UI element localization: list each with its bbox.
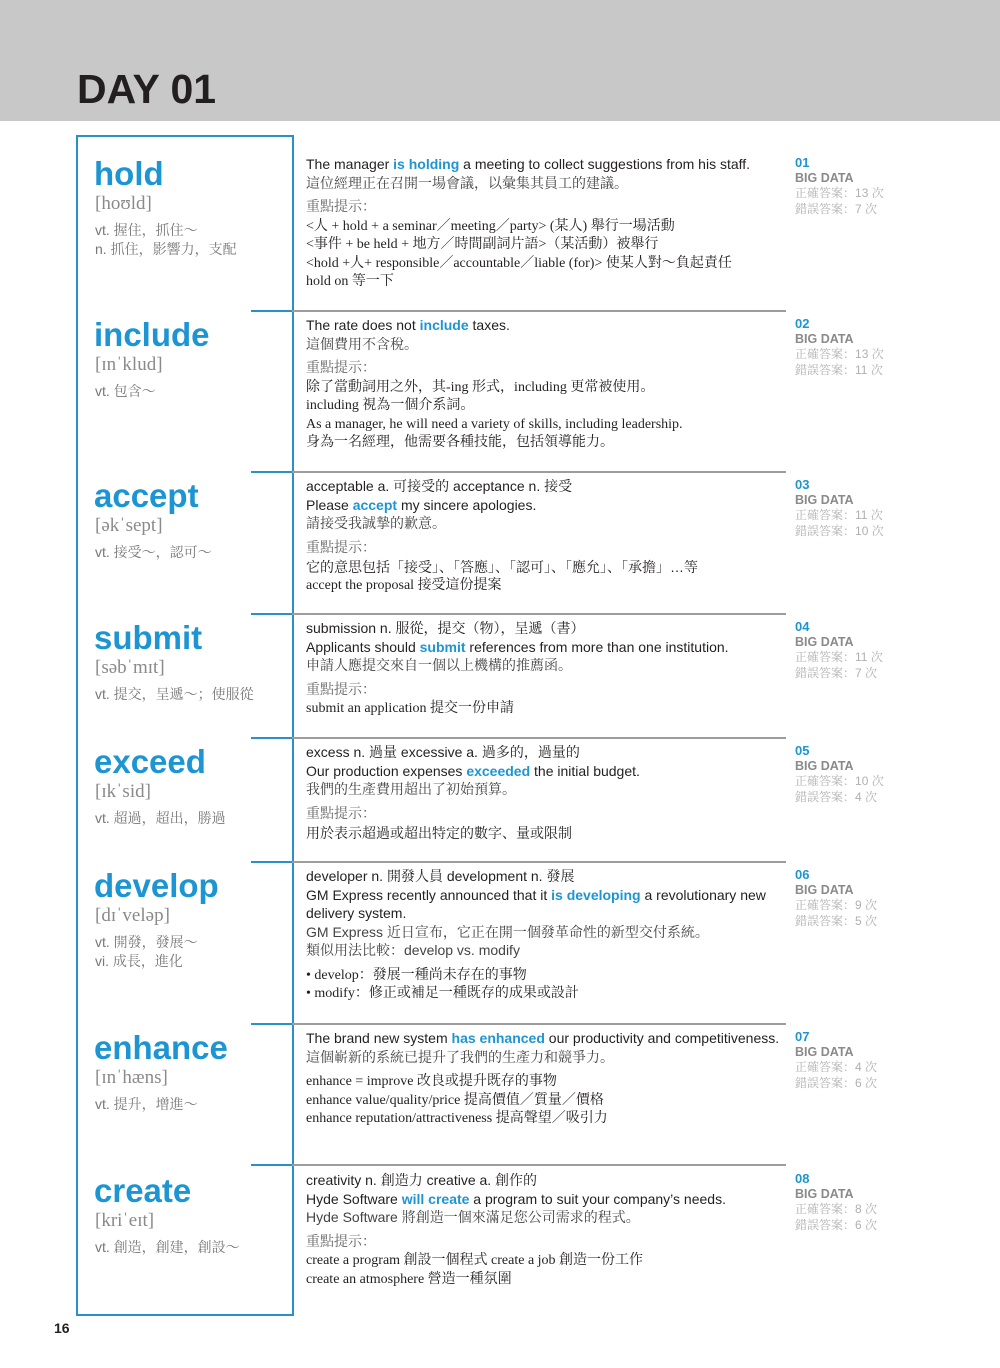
entry-content: submission n. 服從，提交（物），呈遞（書） Applicants …	[306, 619, 786, 719]
example-sentence: GM Express recently announced that it is…	[306, 886, 786, 923]
headword: include	[94, 317, 210, 353]
correct-count: 正確答案：13 次	[795, 186, 955, 202]
tip-label: 重點提示：	[306, 199, 786, 218]
wrong-count: 錯誤答案：11 次	[795, 363, 955, 379]
tip-label: 重點提示：	[306, 806, 786, 825]
big-data-stats: 03 BIG DATA 正確答案：11 次 錯誤答案：10 次	[795, 477, 955, 539]
big-data-stats: 06 BIG DATA 正確答案：9 次 錯誤答案：5 次	[795, 867, 955, 929]
big-data-label: BIG DATA	[795, 1187, 955, 1203]
derivatives: submission n. 服從，提交（物），呈遞（書）	[306, 619, 786, 638]
translation: 這個費用不含稅。	[306, 335, 786, 354]
definition: vt. 超過，超出，勝過	[95, 809, 226, 828]
big-data-stats: 05 BIG DATA 正確答案：10 次 錯誤答案：4 次	[795, 743, 955, 805]
definition: vi. 成長，進化	[95, 952, 183, 971]
wrong-count: 錯誤答案：6 次	[795, 1076, 955, 1092]
example-highlight: exceeded	[466, 763, 530, 779]
translation: 這位經理正在召開一場會議，以彙集其員工的建議。	[306, 174, 786, 193]
headword: hold	[94, 156, 164, 192]
phonetic: [hoʊld]	[95, 193, 152, 215]
example-sentence: Hyde Software will create a program to s…	[306, 1190, 786, 1209]
example-highlight: has enhanced	[452, 1030, 545, 1046]
big-data-stats: 07 BIG DATA 正確答案：4 次 錯誤答案：6 次	[795, 1029, 955, 1091]
big-data-stats: 04 BIG DATA 正確答案：11 次 錯誤答案：7 次	[795, 619, 955, 681]
entry-index: 04	[795, 619, 955, 635]
correct-count: 正確答案：8 次	[795, 1202, 955, 1218]
phonetic: [ɪkˈsid]	[95, 781, 151, 803]
row-divider-blue	[251, 1023, 292, 1025]
derivatives: developer n. 開發人員 development n. 發展	[306, 867, 786, 886]
example-highlight: will create	[402, 1191, 470, 1207]
entry-content: The manager is holding a meeting to coll…	[306, 155, 786, 292]
entry-index: 03	[795, 477, 955, 493]
big-data-label: BIG DATA	[795, 332, 955, 348]
example-sentence: Applicants should submit references from…	[306, 638, 786, 657]
big-data-stats: 01 BIG DATA 正確答案：13 次 錯誤答案：7 次	[795, 155, 955, 217]
wrong-count: 錯誤答案：6 次	[795, 1218, 955, 1234]
phonetic: [kriˈeɪt]	[95, 1210, 154, 1232]
example-sentence: Please accept my sincere apologies.	[306, 496, 786, 515]
tip-line: submit an application 提交一份申請	[306, 700, 786, 719]
definition: vt. 握住，抓住～	[95, 221, 198, 240]
correct-count: 正確答案：9 次	[795, 898, 955, 914]
headword: create	[94, 1173, 191, 1209]
definition: vt. 接受～，認可～	[95, 543, 212, 562]
example-highlight: include	[420, 317, 469, 333]
page-header: DAY 01	[0, 0, 1000, 121]
definition: vt. 包含～	[95, 382, 156, 401]
example-sentence: The rate does not include taxes.	[306, 316, 786, 335]
example-sentence: Our production expenses exceeded the ini…	[306, 762, 786, 781]
derivatives: excess n. 過量 excessive a. 過多的，過量的	[306, 743, 786, 762]
row-divider-gray	[292, 310, 786, 312]
entry-content: excess n. 過量 excessive a. 過多的，過量的 Our pr…	[306, 743, 786, 843]
tip-line: <hold +人+ responsible／accountable／liable…	[306, 255, 786, 274]
translation: 這個嶄新的系統已提升了我們的生產力和競爭力。	[306, 1048, 786, 1067]
translation: Hyde Software 將創造一個來滿足您公司需求的程式。	[306, 1208, 786, 1227]
bullet-item: • modify：修正或補足一種既存的成果或設計	[306, 985, 786, 1004]
headword: develop	[94, 868, 219, 904]
page-number: 16	[54, 1320, 70, 1336]
tip-line: accept the proposal 接受這份提案	[306, 577, 786, 596]
row-divider-gray	[292, 1164, 786, 1166]
phonetic: [əkˈsept]	[95, 515, 163, 537]
big-data-label: BIG DATA	[795, 171, 955, 187]
derivatives: acceptable a. 可接受的 acceptance n. 接受	[306, 477, 786, 496]
definition: vt. 提交，呈遞～；使服從	[95, 685, 254, 704]
correct-count: 正確答案：11 次	[795, 650, 955, 666]
big-data-label: BIG DATA	[795, 1045, 955, 1061]
correct-count: 正確答案：11 次	[795, 508, 955, 524]
entry-index: 07	[795, 1029, 955, 1045]
row-divider-blue	[251, 471, 292, 473]
tip-line: create an atmosphere 營造一種氛圍	[306, 1271, 786, 1290]
correct-count: 正確答案：10 次	[795, 774, 955, 790]
phonetic: [səbˈmɪt]	[95, 657, 165, 679]
wrong-count: 錯誤答案：7 次	[795, 202, 955, 218]
definition: n. 抓住，影響力，支配	[95, 240, 237, 259]
bullet-item: • develop：發展一種尚未存在的事物	[306, 967, 786, 986]
example-highlight: submit	[420, 639, 466, 655]
tip-line: create a program 創設一個程式 create a job 創造一…	[306, 1252, 786, 1271]
headword: submit	[94, 620, 202, 656]
phonetic: [ɪnˈhæns]	[95, 1067, 168, 1089]
wrong-count: 錯誤答案：10 次	[795, 524, 955, 540]
row-divider-blue	[251, 737, 292, 739]
row-divider-blue	[251, 861, 292, 863]
tip-line: enhance value/quality/price 提高價值／質量／價格	[306, 1092, 786, 1111]
tip-line: 除了當動詞用之外，其-ing 形式，including 更常被使用。	[306, 379, 786, 398]
entry-index: 05	[795, 743, 955, 759]
headword: exceed	[94, 744, 206, 780]
wrong-count: 錯誤答案：4 次	[795, 790, 955, 806]
tip-label: 重點提示：	[306, 682, 786, 701]
row-divider-gray	[292, 737, 786, 739]
tip-label: 重點提示：	[306, 540, 786, 559]
big-data-label: BIG DATA	[795, 759, 955, 775]
phonetic: [dɪˈveləp]	[95, 905, 170, 927]
entry-index: 06	[795, 867, 955, 883]
definition: vt. 開發，發展～	[95, 933, 198, 952]
example-sentence: The manager is holding a meeting to coll…	[306, 155, 786, 174]
tip-label: 重點提示：	[306, 360, 786, 379]
tip-line: <事件 + be held + 地方／時間副詞片語>（某活動）被舉行	[306, 236, 786, 255]
entry-index: 01	[795, 155, 955, 171]
entry-index: 08	[795, 1171, 955, 1187]
headword: accept	[94, 478, 199, 514]
big-data-label: BIG DATA	[795, 635, 955, 651]
big-data-label: BIG DATA	[795, 493, 955, 509]
example-highlight: is developing	[551, 887, 640, 903]
translation: 申請人應提交來自一個以上機構的推薦函。	[306, 656, 786, 675]
example-highlight: is holding	[393, 156, 459, 172]
tip-line: enhance = improve 改良或提升既存的事物	[306, 1073, 786, 1092]
definition: vt. 創造，創建，創設～	[95, 1238, 240, 1257]
translation: 請接受我誠摯的歉意。	[306, 514, 786, 533]
entry-content: The rate does not include taxes. 這個費用不含稅…	[306, 316, 786, 453]
day-title: DAY 01	[77, 66, 216, 112]
usage-compare: 類似用法比較：develop vs. modify	[306, 941, 786, 960]
row-divider-gray	[292, 1023, 786, 1025]
entry-index: 02	[795, 316, 955, 332]
tip-line: including 視為一個介系詞。	[306, 397, 786, 416]
tip-line: As a manager, he will need a variety of …	[306, 416, 786, 435]
translation: 我們的生產費用超出了初始預算。	[306, 780, 786, 799]
example-highlight: accept	[353, 497, 397, 513]
tip-line: 用於表示超過或超出特定的數字、量或限制	[306, 824, 786, 843]
tip-line: enhance reputation/attractiveness 提高聲望／吸…	[306, 1110, 786, 1129]
word-column-frame	[76, 135, 294, 1316]
correct-count: 正確答案：13 次	[795, 347, 955, 363]
wrong-count: 錯誤答案：7 次	[795, 666, 955, 682]
tip-line: hold on 等一下	[306, 273, 786, 292]
derivatives: creativity n. 創造力 creative a. 創作的	[306, 1171, 786, 1190]
definition: vt. 提升，增進～	[95, 1095, 198, 1114]
entry-content: creativity n. 創造力 creative a. 創作的 Hyde S…	[306, 1171, 786, 1289]
big-data-stats: 08 BIG DATA 正確答案：8 次 錯誤答案：6 次	[795, 1171, 955, 1233]
big-data-stats: 02 BIG DATA 正確答案：13 次 錯誤答案：11 次	[795, 316, 955, 378]
example-text: a meeting to collect suggestions from hi…	[459, 156, 750, 172]
example-text: The manager	[306, 156, 393, 172]
row-divider-gray	[292, 861, 786, 863]
example-sentence: The brand new system has enhanced our pr…	[306, 1029, 786, 1048]
entry-content: acceptable a. 可接受的 acceptance n. 接受 Plea…	[306, 477, 786, 595]
phonetic: [ɪnˈklud]	[95, 354, 163, 376]
row-divider-gray	[292, 613, 786, 615]
correct-count: 正確答案：4 次	[795, 1060, 955, 1076]
tip-line: <人 + hold + a seminar／meeting／party> (某人…	[306, 218, 786, 237]
wrong-count: 錯誤答案：5 次	[795, 914, 955, 930]
row-divider-blue	[251, 1164, 292, 1166]
entry-content: developer n. 開發人員 development n. 發展 GM E…	[306, 867, 786, 1004]
row-divider-blue	[251, 310, 292, 312]
row-divider-blue	[251, 613, 292, 615]
headword: enhance	[94, 1030, 228, 1066]
row-divider-gray	[292, 471, 786, 473]
translation: GM Express 近日宣布，它正在開一個發革命性的新型交付系統。	[306, 923, 786, 942]
tip-label: 重點提示：	[306, 1234, 786, 1253]
big-data-label: BIG DATA	[795, 883, 955, 899]
entry-content: The brand new system has enhanced our pr…	[306, 1029, 786, 1129]
tip-line: 它的意思包括「接受」、「答應」、「認可」、「應允」、「承擔」…等	[306, 558, 786, 577]
tip-line: 身為一名經理，他需要各種技能，包括領導能力。	[306, 434, 786, 453]
